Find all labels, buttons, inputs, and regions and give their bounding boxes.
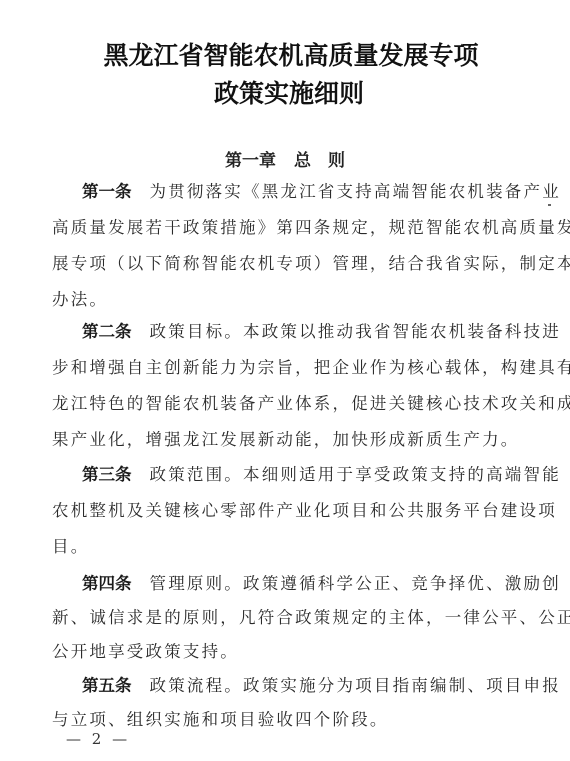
article-label: 第五条 — [82, 676, 132, 695]
chapter-name: 总 则 — [294, 151, 345, 171]
article-text: 管理原则。政策遵循科学公正、竞争择优、激励创 — [150, 574, 561, 593]
article-label: 第四条 — [82, 574, 132, 593]
article-line: 公开地享受政策支持。 — [52, 642, 522, 662]
article-label: 第二条 — [82, 322, 132, 341]
chapter-number: 第一章 — [225, 151, 276, 171]
article-line: 与立项、组织实施和项目验收四个阶段。 — [52, 710, 522, 730]
article-text: 政策流程。政策实施分为项目指南编制、项目申报 — [150, 676, 561, 695]
article-line: 第一条为贯彻落实《黑龙江省支持高端智能农机装备产业 — [82, 182, 552, 202]
article-text: 政策范围。本细则适用于享受政策支持的高端智能 — [150, 465, 561, 484]
article-label: 第一条 — [82, 182, 132, 201]
article-line: 办法。 — [52, 290, 522, 310]
document-title-line-1: 黑龙江省智能农机高质量发展专项 — [6, 36, 570, 72]
article-line: 高质量发展若干政策措施》第四条规定，规范智能农机高质量发 — [52, 218, 522, 238]
article-line: 新、诚信求是的原则，凡符合政策规定的主体，一律公平、公正、 — [52, 608, 522, 628]
article-text: 政策目标。本政策以推动我省智能农机装备科技进 — [150, 322, 561, 341]
article-line: 龙江特色的智能农机装备产业体系，促进关键核心技术攻关和成 — [52, 394, 522, 414]
article-text: 为贯彻落实《黑龙江省支持高端智能农机装备产业 — [150, 182, 561, 201]
chapter-heading: 第一章总 则 — [0, 146, 570, 171]
article-line: 第二条政策目标。本政策以推动我省智能农机装备科技进 — [82, 322, 552, 342]
page-number: — 2 — — [66, 730, 130, 748]
article-line: 第五条政策流程。政策实施分为项目指南编制、项目申报 — [82, 676, 552, 696]
article-line: 步和增强自主创新能力为宗旨，把企业作为核心载体，构建具有 — [52, 358, 522, 378]
article-line: 第三条政策范围。本细则适用于享受政策支持的高端智能 — [82, 465, 552, 485]
article-label: 第三条 — [82, 465, 132, 484]
article-line: 农机整机及关键核心零部件产业化项目和公共服务平台建设项 — [52, 501, 522, 521]
scan-artifact — [548, 204, 551, 206]
article-line: 展专项（以下简称智能农机专项）管理，结合我省实际，制定本 — [52, 254, 522, 274]
article-line: 果产业化，增强龙江发展新动能，加快形成新质生产力。 — [52, 430, 522, 450]
document-title-line-2: 政策实施细则 — [4, 74, 570, 110]
article-line: 目。 — [52, 537, 522, 557]
article-line: 第四条管理原则。政策遵循科学公正、竞争择优、激励创 — [82, 574, 552, 594]
